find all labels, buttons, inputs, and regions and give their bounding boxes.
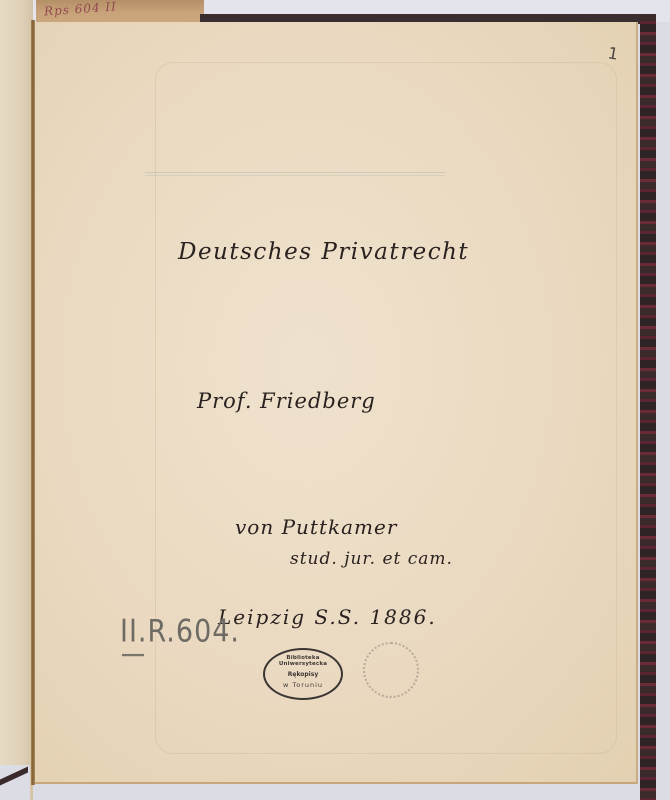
lecturer-name: Prof. Friedberg	[197, 389, 376, 413]
label-slip: Rps 604 II	[36, 0, 204, 22]
label-slip-text: Rps 604 II	[44, 0, 118, 19]
place-date: Leipzig S.S. 1886.	[218, 605, 437, 629]
binding-marbled-edge	[640, 14, 656, 800]
faint-round-stamp	[363, 642, 419, 698]
author-name: von Puttkamer	[235, 515, 397, 539]
shelfmark: II.R.604.	[120, 614, 240, 650]
author-status: stud. jur. et cam.	[290, 549, 453, 569]
manuscript-page: 1 Deutsches Privatrecht Prof. Friedberg …	[35, 22, 638, 784]
facing-page	[0, 0, 33, 800]
stamp-line-1: Biblioteka Uniwersytecka	[265, 655, 341, 667]
stamp-line-2: Rękopisy	[265, 671, 341, 678]
show-through-lines	[145, 172, 445, 176]
binding-corner	[0, 765, 30, 800]
stamp-line-3: w Toruniu	[265, 681, 341, 689]
manuscript-title: Deutsches Privatrecht	[178, 239, 469, 265]
page-number: 1	[606, 43, 619, 63]
library-stamp: Biblioteka Uniwersytecka Rękopisy w Toru…	[263, 648, 343, 700]
